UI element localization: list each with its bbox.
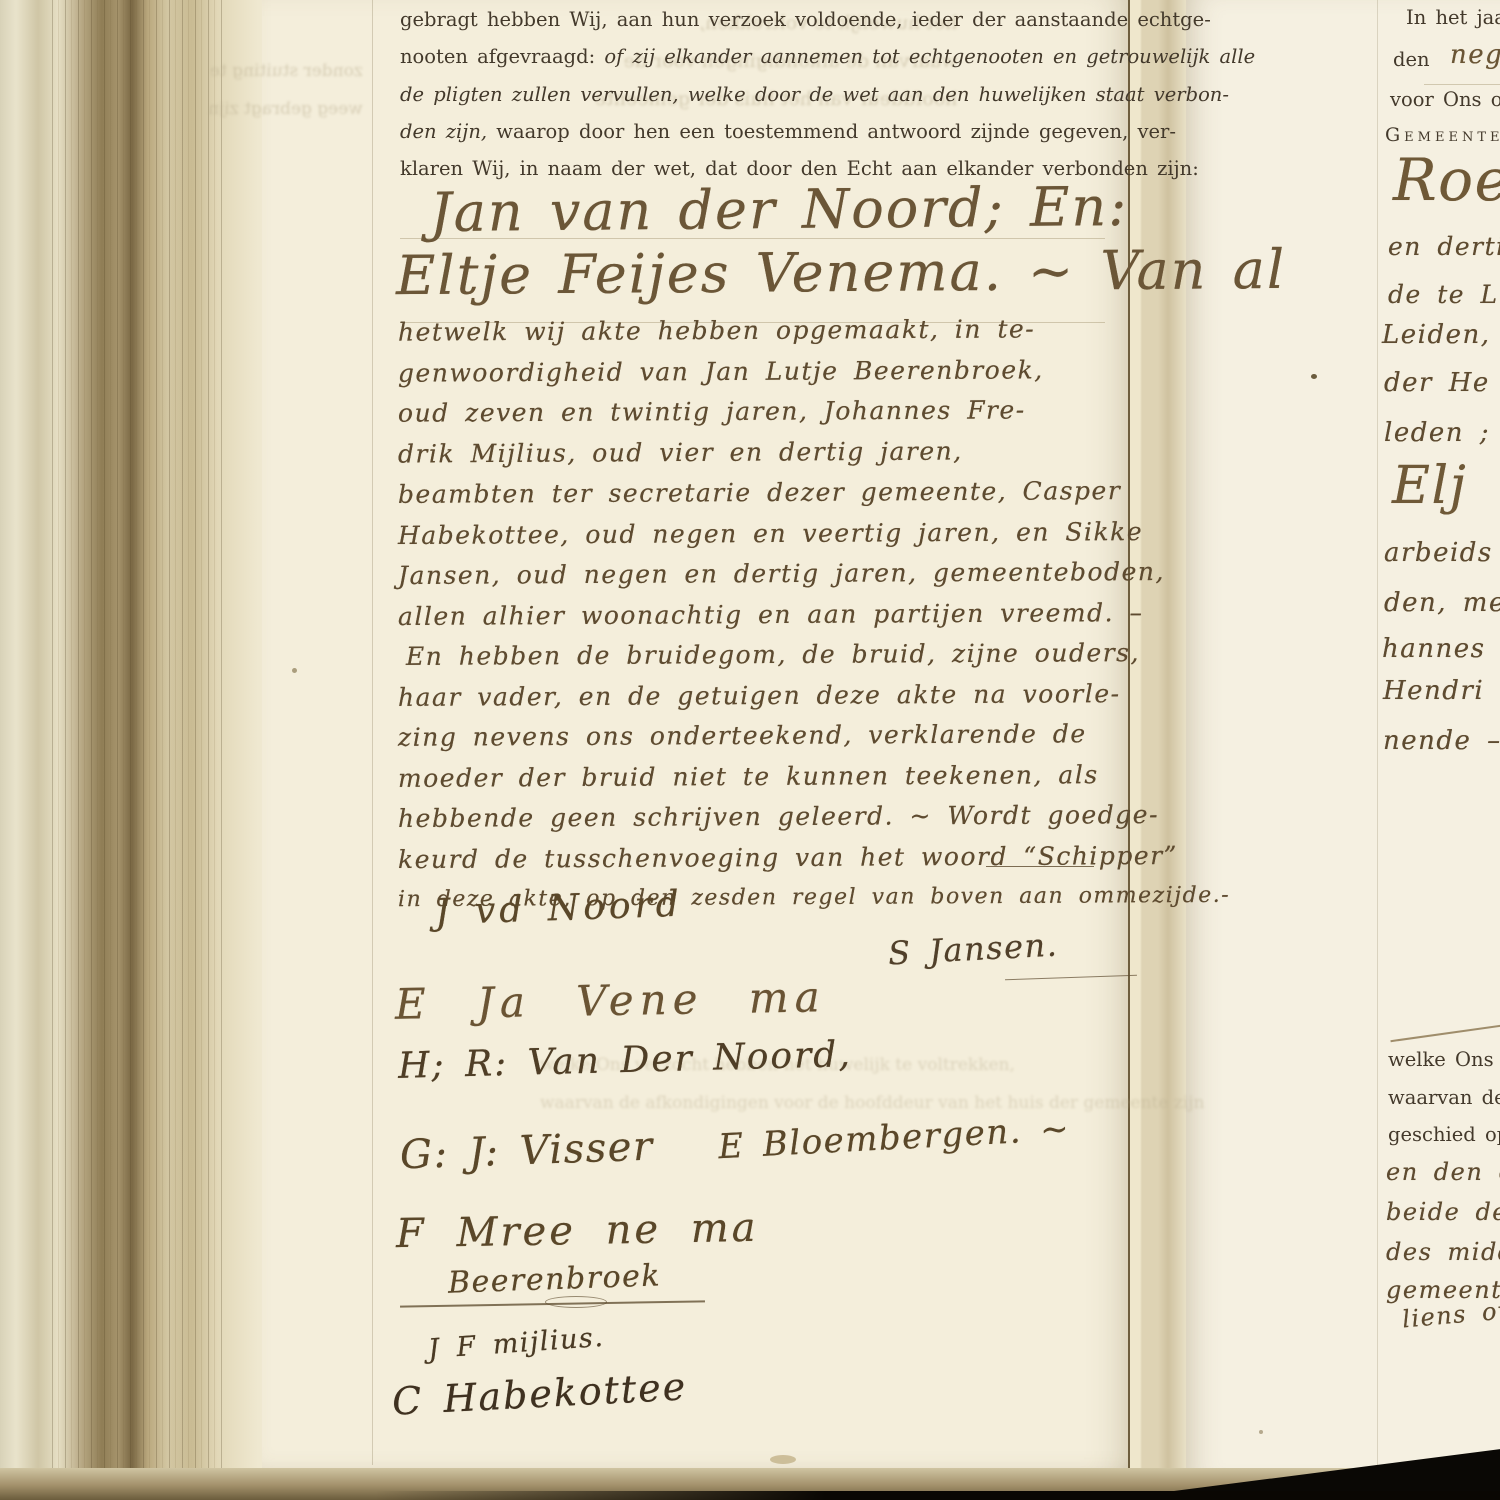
printed-line: welke Ons verz [1388,1048,1500,1071]
printed-text: gebragt hebben Wij, aan hun verzoek vold… [400,8,1211,31]
handwritten-line: der He [1384,368,1490,398]
printed-text-italic: of zij elkander aannemen tot echtgenoote… [604,45,1255,68]
handwritten-line: nege [1450,40,1500,70]
handwritten-line: keurd de tusschenvoeging van het woord “… [398,841,1178,874]
fill-in-rule [1424,84,1500,85]
page-gutter [1128,0,1186,1478]
bleed-line: zonder stuiting te [208,52,363,90]
stain [1259,1430,1263,1434]
bleed-through-left: zonder stuiting te weeg gebragt zijn [208,52,363,128]
handwritten-line: moeder der bruid niet te kunnen teekenen… [398,760,1099,793]
handwritten-line: hetwelk wij akte hebben opgemaakt, in te… [398,314,1035,346]
background-shadow-strip [0,1491,1500,1500]
handwritten-line: genwoordigheid van Jan Lutje Beerenbroek… [398,355,1044,387]
handwritten-name-line: Elj [1392,456,1467,516]
bleed-line: waarvan de afkondigingen voor de hoofdde… [540,1084,1204,1122]
signature-venema-father: F Mree ne ma [396,1205,759,1257]
groom-name-line: Jan van der Noord; En: [430,175,1129,244]
printed-line: den [1393,48,1430,71]
handwritten-line: en dertig [1388,232,1500,261]
handwritten-line: zing nevens ons onderteekend, verklarend… [398,719,1087,752]
handwritten-line: oud zeven en twintig jaren, Johannes Fre… [398,395,1026,427]
handwritten-line: allen alhier woonachtig en aan partijen … [398,598,1144,631]
handwritten-line: de te L [1388,280,1499,309]
stain [292,668,297,673]
handwritten-line: En hebben de bruidegom, de bruid, zijne … [406,638,1140,671]
signature-beerenbroek: Beerenbroek [447,1258,661,1300]
handwritten-line: drik Mijlius, oud vier en dertig jaren, [398,437,963,469]
bleed-line: weeg gebragt zijn [208,90,363,128]
handwritten-line: leden ; [1384,418,1490,448]
handwritten-line: des midda [1386,1238,1500,1266]
left-page-crease [372,0,373,1465]
handwritten-line: Jansen, oud negen en dertig jaren, gemee… [398,557,1165,590]
handwritten-line: beambten ter secretarie dezer gemeente, … [398,476,1121,509]
printed-intro-line: de pligten zullen vervullen, welke door … [400,83,1229,106]
printed-text-italic: den zijn, [400,120,487,143]
handwritten-line: haar vader, en de getuigen deze akte na … [398,679,1121,712]
page-edge-lines [52,0,222,1500]
handwritten-line: Leiden, [1382,320,1491,350]
printed-text: nooten afgevraagd: [400,45,604,68]
printed-line: geschied op den [1388,1123,1500,1146]
handwritten-line: hannes [1382,634,1485,664]
right-page-crease [1377,0,1378,1465]
printed-text-italic: de pligten zullen vervullen, welke door … [400,83,1229,106]
signature-visser: G: J: Visser [399,1124,654,1179]
schipper-underline [986,866,1094,867]
handwritten-name-line: Roel [1393,146,1500,214]
handwritten-line: beide de [1386,1198,1500,1226]
printed-line: In het jaar [1406,6,1500,29]
stain [770,1455,796,1464]
printed-intro-line: den zijn, waarop door hen een toestemmen… [400,120,1176,143]
printed-line: waarvan de afk [1388,1086,1500,1109]
printed-line: voor Ons ond [1390,88,1500,111]
printed-line: Gemeente [1385,124,1500,146]
handwritten-line: arbeids [1384,538,1493,568]
signature-flourish-loop [545,1296,607,1308]
printed-intro-line: nooten afgevraagd: of zij elkander aanne… [400,45,1255,68]
handwritten-line: en den ee [1386,1158,1500,1186]
printed-intro-line: gebragt hebben Wij, aan hun verzoek vold… [400,8,1211,31]
handwritten-line: den, me [1384,588,1500,618]
signature-bride: E Ja Vene ma [395,972,826,1029]
handwritten-line: hebbende geen schrijven geleerd. ~ Wordt… [398,800,1159,833]
printed-text: waarop door hen een toestemmend antwoord… [487,120,1176,143]
handwritten-line: nende – [1383,726,1500,756]
handwritten-line: Habekottee, oud negen en veertig jaren, … [398,517,1143,550]
ink-speck [1311,374,1317,379]
handwritten-line: Hendri [1383,676,1484,706]
bride-name-line: Eltje Feijes Venema. ~ Van al [396,238,1287,307]
signature-groom: J vd Noord [434,884,683,934]
register-book-scan: het huwelijk te voltrekken, waarvan de a… [0,0,1500,1500]
